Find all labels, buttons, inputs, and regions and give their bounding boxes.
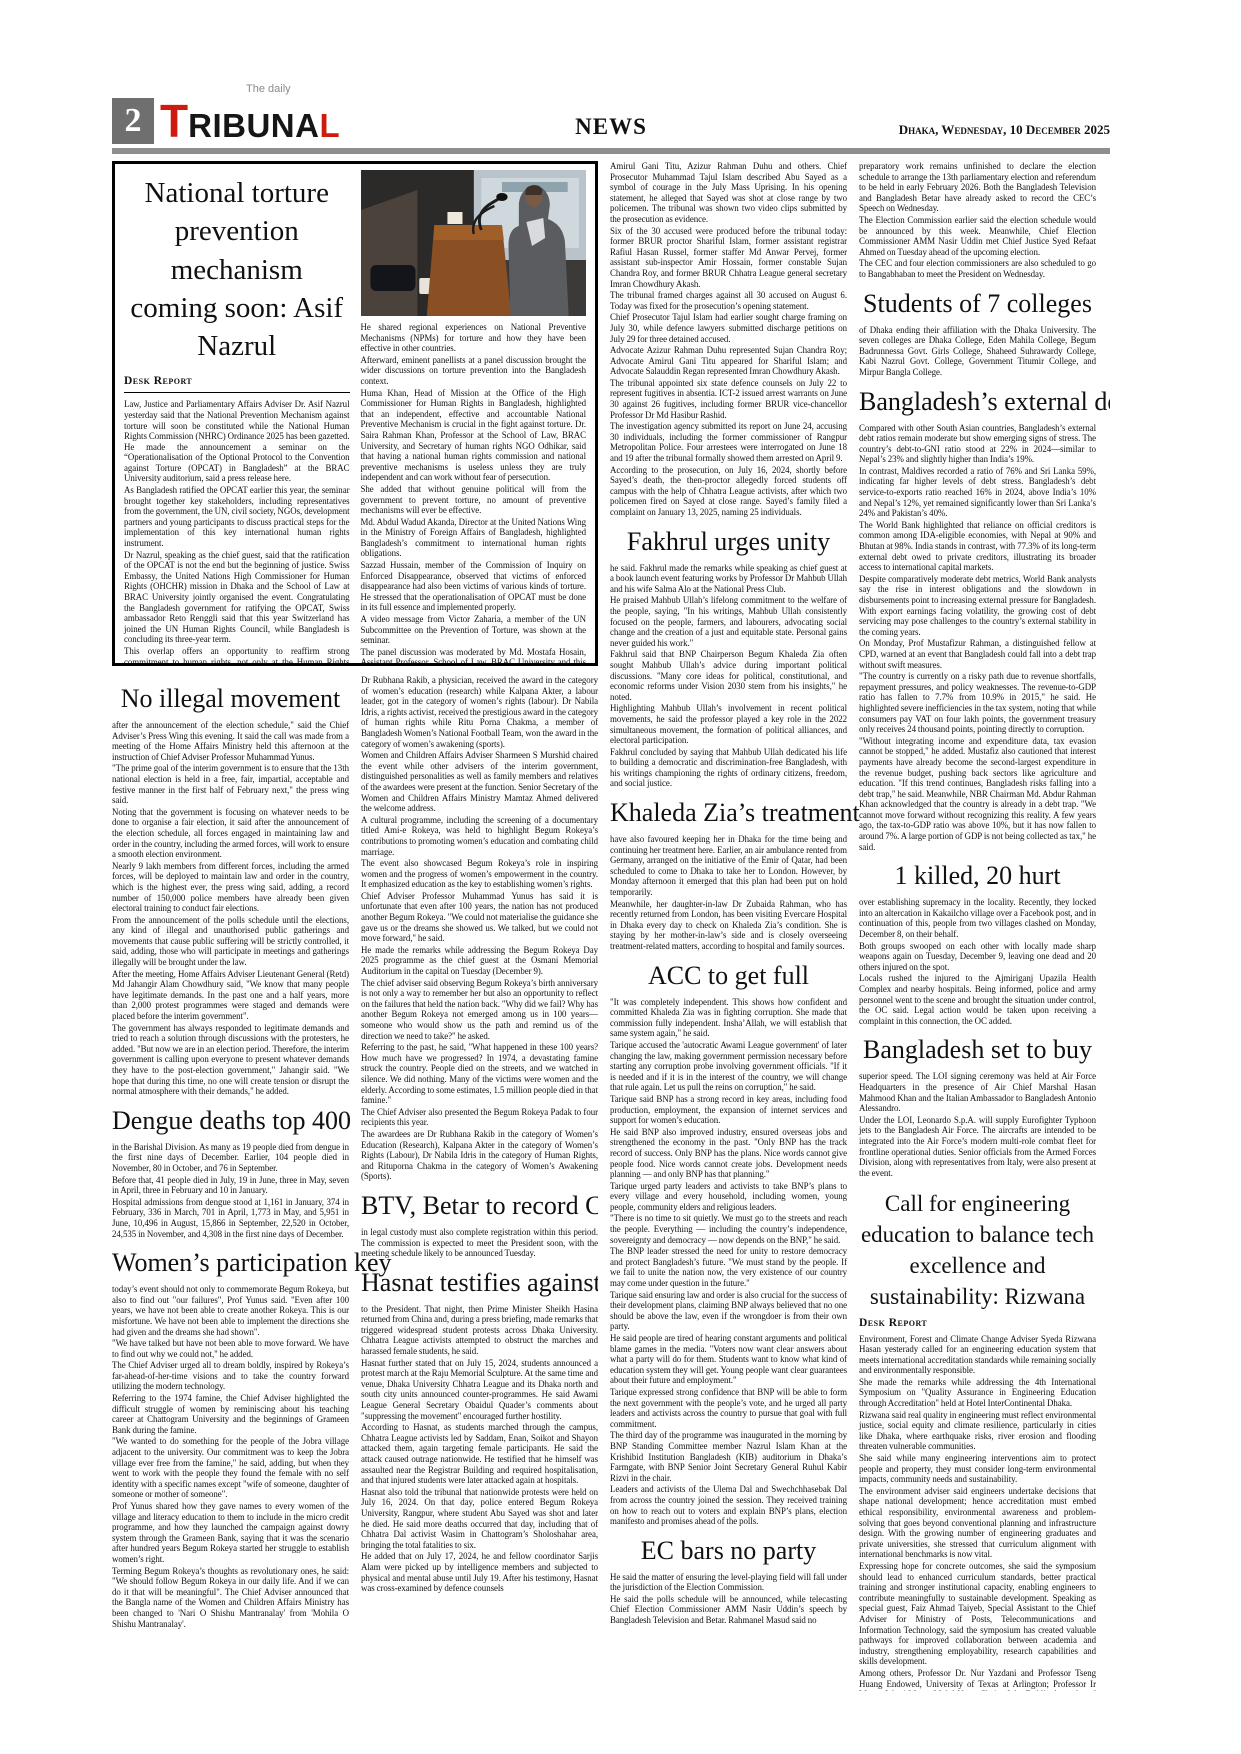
paragraph: According to the prosecution, on July 16… bbox=[610, 465, 847, 518]
article-rokeya-awards-continuation: Dr Rubhana Rakib, a physician, received … bbox=[361, 675, 598, 1182]
paragraph: Noting that the government is focusing o… bbox=[112, 807, 349, 860]
article-bangladesh-set-to-buy: Bangladesh set to buy superior speed. Th… bbox=[859, 1035, 1096, 1178]
paragraph: Sazzad Hussain, member of the Commission… bbox=[361, 560, 587, 613]
paragraph: The Election Commission earlier said the… bbox=[859, 215, 1096, 257]
article-body: after the announcement of the election s… bbox=[112, 720, 349, 1097]
article-students-7-colleges: Students of 7 colleges of Dhaka ending t… bbox=[859, 289, 1096, 378]
page-content: National torture prevention mechanism co… bbox=[112, 161, 1110, 1691]
paragraph: Tarique said ensuring law and order is a… bbox=[610, 1290, 847, 1332]
paragraph: Tarique expressed strong confidence that… bbox=[610, 1387, 847, 1429]
column-4: preparatory work remains unfinished to d… bbox=[859, 161, 1096, 1691]
newspaper-page: 2 The dailyTRIBUNAL NEWS Dhaka, Wednesda… bbox=[0, 0, 1241, 1754]
paragraph: Amirul Gani Titu, Azizur Rahman Duhu and… bbox=[610, 161, 847, 225]
paragraph: Expressing hope for concrete outcomes, s… bbox=[859, 1561, 1096, 1667]
subcolumn-2: Dr Rubhana Rakib, a physician, received … bbox=[361, 675, 598, 1688]
paragraph: in the Barishal Division. As many as 19 … bbox=[112, 1142, 349, 1174]
paragraph: According to Hasnat, as students marched… bbox=[361, 1422, 598, 1486]
paragraph: Hospital admissions from dengue stood at… bbox=[112, 1197, 349, 1239]
paragraph: "It was completely independent. This sho… bbox=[610, 997, 847, 1039]
paragraph: The chief adviser said observing Begum R… bbox=[361, 978, 598, 1042]
masthead-title: RIBUNA bbox=[188, 107, 319, 144]
paragraph: Referring to the past, he said, "What ha… bbox=[361, 1042, 598, 1106]
article-torture-prevention: National torture prevention mechanism co… bbox=[112, 161, 598, 666]
paragraph: The panel discussion was moderated by Md… bbox=[361, 647, 587, 666]
paragraph: Md. Abdul Wadud Akanda, Director at the … bbox=[361, 517, 587, 559]
paragraph: have also favoured keeping her in Dhaka … bbox=[610, 834, 847, 898]
article-headline: Hasnat testifies against bbox=[361, 1268, 598, 1298]
article-kicker: Desk Report bbox=[859, 1317, 1096, 1329]
paragraph: He praised Mahbub Ullah’s lifelong commi… bbox=[610, 595, 847, 648]
paragraph: He made the remarks while addressing the… bbox=[361, 945, 598, 977]
article-headline: Call for engineering education to balanc… bbox=[859, 1188, 1096, 1312]
article-body: He shared regional experiences on Nation… bbox=[361, 322, 587, 666]
paragraph: Hasnat further stated that on July 15, 2… bbox=[361, 1358, 598, 1422]
article-abu-sayed-trial-continuation: Amirul Gani Titu, Azizur Rahman Duhu and… bbox=[610, 161, 847, 518]
paragraph: "Without integrating income and expendit… bbox=[859, 736, 1096, 853]
paragraph: A video message from Victor Zaharia, a m… bbox=[361, 614, 587, 646]
paragraph: after the announcement of the election s… bbox=[112, 720, 349, 762]
paragraph: Advocate Azizur Rahman Duhu represented … bbox=[610, 345, 847, 377]
torture-column-b: He shared regional experiences on Nation… bbox=[361, 170, 587, 657]
paragraph: "We wanted to do something for the peopl… bbox=[112, 1436, 349, 1500]
article-body: today’s event should not only to commemo… bbox=[112, 1284, 349, 1629]
paragraph: Hasnat also told the tribunal that natio… bbox=[361, 1487, 598, 1551]
paragraph: She said while many engineering interven… bbox=[859, 1453, 1096, 1485]
paragraph: Dr Rubhana Rakib, a physician, received … bbox=[361, 675, 598, 749]
paragraph: Chief Adviser Professor Muhammad Yunus h… bbox=[361, 891, 598, 944]
page-number: 2 bbox=[112, 98, 154, 144]
article-rizwana-engineering-education: Call for engineering education to balanc… bbox=[859, 1188, 1096, 1691]
article-body: have also favoured keeping her in Dhaka … bbox=[610, 834, 847, 952]
article-headline: ACC to get full bbox=[610, 961, 847, 991]
paragraph: over establishing supremacy in the local… bbox=[859, 897, 1096, 939]
paragraph: This overlap offers an opportunity to re… bbox=[124, 646, 350, 666]
paragraph: She made the remarks while addressing th… bbox=[859, 1377, 1096, 1409]
article-headline: Khaleda Zia’s treatment bbox=[610, 798, 847, 828]
masthead: 2 The dailyTRIBUNAL bbox=[112, 86, 452, 144]
paragraph: Tarique urged party leaders and activist… bbox=[610, 1181, 847, 1213]
article-headline: Fakhrul urges unity bbox=[610, 527, 847, 557]
paragraph: superior speed. The LOI signing ceremony… bbox=[859, 1071, 1096, 1113]
paragraph: today’s event should not only to commemo… bbox=[112, 1284, 349, 1337]
paragraph: The tribunal framed charges against all … bbox=[610, 290, 847, 311]
header-rule bbox=[112, 148, 1110, 154]
article-body: of Dhaka ending their affiliation with t… bbox=[859, 325, 1096, 378]
article-body: he said. Fakhrul made the remarks while … bbox=[610, 563, 847, 789]
paragraph: Chief Prosecutor Tajul Islam had earlier… bbox=[610, 312, 847, 344]
dateline: Dhaka, Wednesday, 10 December 2025 bbox=[770, 122, 1110, 144]
paragraph: The Chief Adviser also presented the Beg… bbox=[361, 1107, 598, 1128]
subcolumn-1: No illegal movement after the announceme… bbox=[112, 675, 349, 1688]
article-headline: Dengue deaths top 400 bbox=[112, 1106, 349, 1136]
section-label: NEWS bbox=[452, 114, 770, 144]
paragraph: Women and Children Affairs Adviser Sharm… bbox=[361, 750, 598, 814]
below-box-region: No illegal movement after the announceme… bbox=[112, 675, 598, 1688]
article-body: He said the matter of ensuring the level… bbox=[610, 1572, 847, 1626]
paragraph: Nearly 9 lakh members from different for… bbox=[112, 861, 349, 914]
column-3: Amirul Gani Titu, Azizur Rahman Duhu and… bbox=[610, 161, 847, 1691]
paragraph: After the meeting, Home Affairs Adviser … bbox=[112, 969, 349, 1022]
article-headline: Bangladesh set to buy bbox=[859, 1035, 1096, 1065]
article-headline: No illegal movement bbox=[112, 684, 349, 714]
paragraph: Referring to the 1974 famine, the Chief … bbox=[112, 1393, 349, 1435]
article-body: Amirul Gani Titu, Azizur Rahman Duhu and… bbox=[610, 161, 847, 518]
paragraph: Environment, Forest and Climate Change A… bbox=[859, 1334, 1096, 1376]
paragraph: Law, Justice and Parliamentary Affairs A… bbox=[124, 399, 350, 484]
article-headline: Bangladesh’s external debt bbox=[859, 387, 1096, 417]
torture-column-a: National torture prevention mechanism co… bbox=[124, 170, 350, 657]
paragraph: Both groups swooped on each other with l… bbox=[859, 941, 1096, 973]
article-body: Law, Justice and Parliamentary Affairs A… bbox=[124, 399, 350, 666]
paragraph: Under the LOI, Leonardo S.p.A. will supp… bbox=[859, 1115, 1096, 1179]
paragraph: On Monday, Prof Mustafizur Rahman, a dis… bbox=[859, 638, 1096, 670]
paragraph: Afterward, eminent panellists at a panel… bbox=[361, 355, 587, 387]
article-acc-to-get-full: ACC to get full "It was completely indep… bbox=[610, 961, 847, 1527]
paragraph: In contrast, Maldives recorded a ratio o… bbox=[859, 466, 1096, 519]
article-khaleda-zia-treatment: Khaleda Zia’s treatment have also favour… bbox=[610, 798, 847, 952]
paragraph: Despite comparatively moderate debt metr… bbox=[859, 574, 1096, 638]
paragraph: Compared with other South Asian countrie… bbox=[859, 423, 1096, 465]
paragraph: Meanwhile, her daughter-in-law Dr Zubaid… bbox=[610, 899, 847, 952]
paragraph: Among others, Professor Dr. Nur Yazdani … bbox=[859, 1668, 1096, 1691]
masthead-letter-t: T bbox=[160, 95, 188, 147]
article-dengue-deaths: Dengue deaths top 400 in the Barishal Di… bbox=[112, 1106, 349, 1239]
article-ec-bars-no-party: EC bars no party He said the matter of e… bbox=[610, 1536, 847, 1626]
paragraph: The Chief Adviser urged all to dream bol… bbox=[112, 1360, 349, 1392]
paragraph: Dr Nazrul, speaking as the chief guest, … bbox=[124, 550, 350, 645]
article-external-debt: Bangladesh’s external debt Compared with… bbox=[859, 387, 1096, 853]
article-body: "It was completely independent. This sho… bbox=[610, 997, 847, 1527]
paragraph: Tarique accused the 'autocratic Awami Le… bbox=[610, 1040, 847, 1093]
paragraph: He said the polls schedule will be annou… bbox=[610, 1594, 847, 1626]
paragraph: "The prime goal of the interim governmen… bbox=[112, 763, 349, 805]
paragraph: The environment adviser said engineers u… bbox=[859, 1486, 1096, 1560]
paragraph: The CEC and four election commissioners … bbox=[859, 258, 1096, 279]
paragraph: He said BNP also improved industry, ensu… bbox=[610, 1127, 847, 1180]
paragraph: He added that on July 17, 2024, he and f… bbox=[361, 1551, 598, 1593]
paragraph: Locals rushed the injured to the Ajmirig… bbox=[859, 973, 1096, 1026]
paragraph: Before that, 41 people died in July, 19 … bbox=[112, 1175, 349, 1196]
article-headline: Students of 7 colleges bbox=[859, 289, 1096, 319]
paragraph: The BNP leader stressed the need for uni… bbox=[610, 1246, 847, 1288]
article-btv-betar-cec: BTV, Betar to record CEC in legal custod… bbox=[361, 1191, 598, 1259]
paragraph: He shared regional experiences on Nation… bbox=[361, 322, 587, 354]
article-election-schedule-continuation: preparatory work remains unfinished to d… bbox=[859, 161, 1096, 280]
article-body: superior speed. The LOI signing ceremony… bbox=[859, 1071, 1096, 1178]
paragraph: to the President. That night, then Prime… bbox=[361, 1304, 598, 1357]
page-header: 2 The dailyTRIBUNAL NEWS Dhaka, Wednesda… bbox=[112, 88, 1110, 144]
article-body: preparatory work remains unfinished to d… bbox=[859, 161, 1096, 280]
masthead-letter-l: L bbox=[319, 107, 339, 144]
article-headline: 1 killed, 20 hurt bbox=[859, 861, 1096, 891]
paragraph: As Bangladesh ratified the OPCAT earlier… bbox=[124, 485, 350, 549]
masthead-tagline: The daily bbox=[246, 84, 291, 95]
paragraph: "There is no time to sit quietly. We mus… bbox=[610, 1213, 847, 1245]
paragraph: Rizwana said real quality in engineering… bbox=[859, 1410, 1096, 1452]
article-body: in legal custody must also complete regi… bbox=[361, 1227, 598, 1259]
paragraph: He said people are tired of hearing cons… bbox=[610, 1333, 847, 1386]
article-womens-participation: Women’s participation key today’s event … bbox=[112, 1248, 349, 1629]
article-clash-1-killed: 1 killed, 20 hurt over establishing supr… bbox=[859, 861, 1096, 1026]
paragraph: She added that without genuine political… bbox=[361, 484, 587, 516]
paragraph: From the announcement of the polls sched… bbox=[112, 915, 349, 968]
paragraph: he said. Fakhrul made the remarks while … bbox=[610, 563, 847, 595]
paragraph: "The country is currently on a risky pat… bbox=[859, 671, 1096, 735]
article-headline: Women’s participation key bbox=[112, 1248, 349, 1278]
paragraph: Six of the 30 accused were produced befo… bbox=[610, 226, 847, 290]
paragraph: Highlighting Mahbub Ullah’s involvement … bbox=[610, 703, 847, 745]
article-body: over establishing supremacy in the local… bbox=[859, 897, 1096, 1026]
paragraph: Terming Begum Rokeya’s thoughts as revol… bbox=[112, 1566, 349, 1630]
article-headline: National torture prevention mechanism co… bbox=[124, 174, 350, 365]
article-body: Dr Rubhana Rakib, a physician, received … bbox=[361, 675, 598, 1182]
article-headline: BTV, Betar to record CEC bbox=[361, 1191, 598, 1221]
paragraph: Huma Khan, Head of Mission at the Office… bbox=[361, 388, 587, 483]
paragraph: Fakhrul said that BNP Chairperson Begum … bbox=[610, 649, 847, 702]
paragraph: Prof Yunus shared how they gave names to… bbox=[112, 1501, 349, 1565]
seminar-photo bbox=[361, 170, 587, 316]
paragraph: preparatory work remains unfinished to d… bbox=[859, 161, 1096, 214]
article-kicker: Desk Report bbox=[124, 375, 350, 393]
paragraph: The government has always responded to l… bbox=[112, 1023, 349, 1097]
paragraph: The investigation agency submitted its r… bbox=[610, 421, 847, 463]
paragraph: of Dhaka ending their affiliation with t… bbox=[859, 325, 1096, 378]
paragraph: The third day of the programme was inaug… bbox=[610, 1430, 847, 1483]
paragraph: The World Bank highlighted that reliance… bbox=[859, 520, 1096, 573]
paragraph: The tribunal appointed six state defence… bbox=[610, 378, 847, 420]
paragraph: Fakhrul concluded by saying that Mahbub … bbox=[610, 747, 847, 789]
paragraph: "We have talked but have not been able t… bbox=[112, 1338, 349, 1359]
article-hasnat-testifies: Hasnat testifies against to the Presiden… bbox=[361, 1268, 598, 1594]
paragraph: The awardees are Dr Rubhana Rakib in the… bbox=[361, 1129, 598, 1182]
article-body: Environment, Forest and Climate Change A… bbox=[859, 1334, 1096, 1692]
article-no-illegal-movement: No illegal movement after the announceme… bbox=[112, 684, 349, 1097]
article-fakhrul-urges-unity: Fakhrul urges unity he said. Fakhrul mad… bbox=[610, 527, 847, 789]
paragraph: He said the matter of ensuring the level… bbox=[610, 1572, 847, 1593]
article-headline: EC bars no party bbox=[610, 1536, 847, 1566]
paragraph: Leaders and activists of the Ulema Dal a… bbox=[610, 1484, 847, 1526]
article-body: to the President. That night, then Prime… bbox=[361, 1304, 598, 1594]
article-body: Compared with other South Asian countrie… bbox=[859, 423, 1096, 853]
masthead-logo: The dailyTRIBUNAL bbox=[160, 86, 340, 144]
paragraph: A cultural programme, including the scre… bbox=[361, 815, 598, 857]
paragraph: in legal custody must also complete regi… bbox=[361, 1227, 598, 1259]
left-region: National torture prevention mechanism co… bbox=[112, 161, 598, 1691]
paragraph: Tarique said BNP has a strong record in … bbox=[610, 1094, 847, 1126]
paragraph: The event also showcased Begum Rokeya’s … bbox=[361, 858, 598, 890]
article-body: in the Barishal Division. As many as 19 … bbox=[112, 1142, 349, 1239]
